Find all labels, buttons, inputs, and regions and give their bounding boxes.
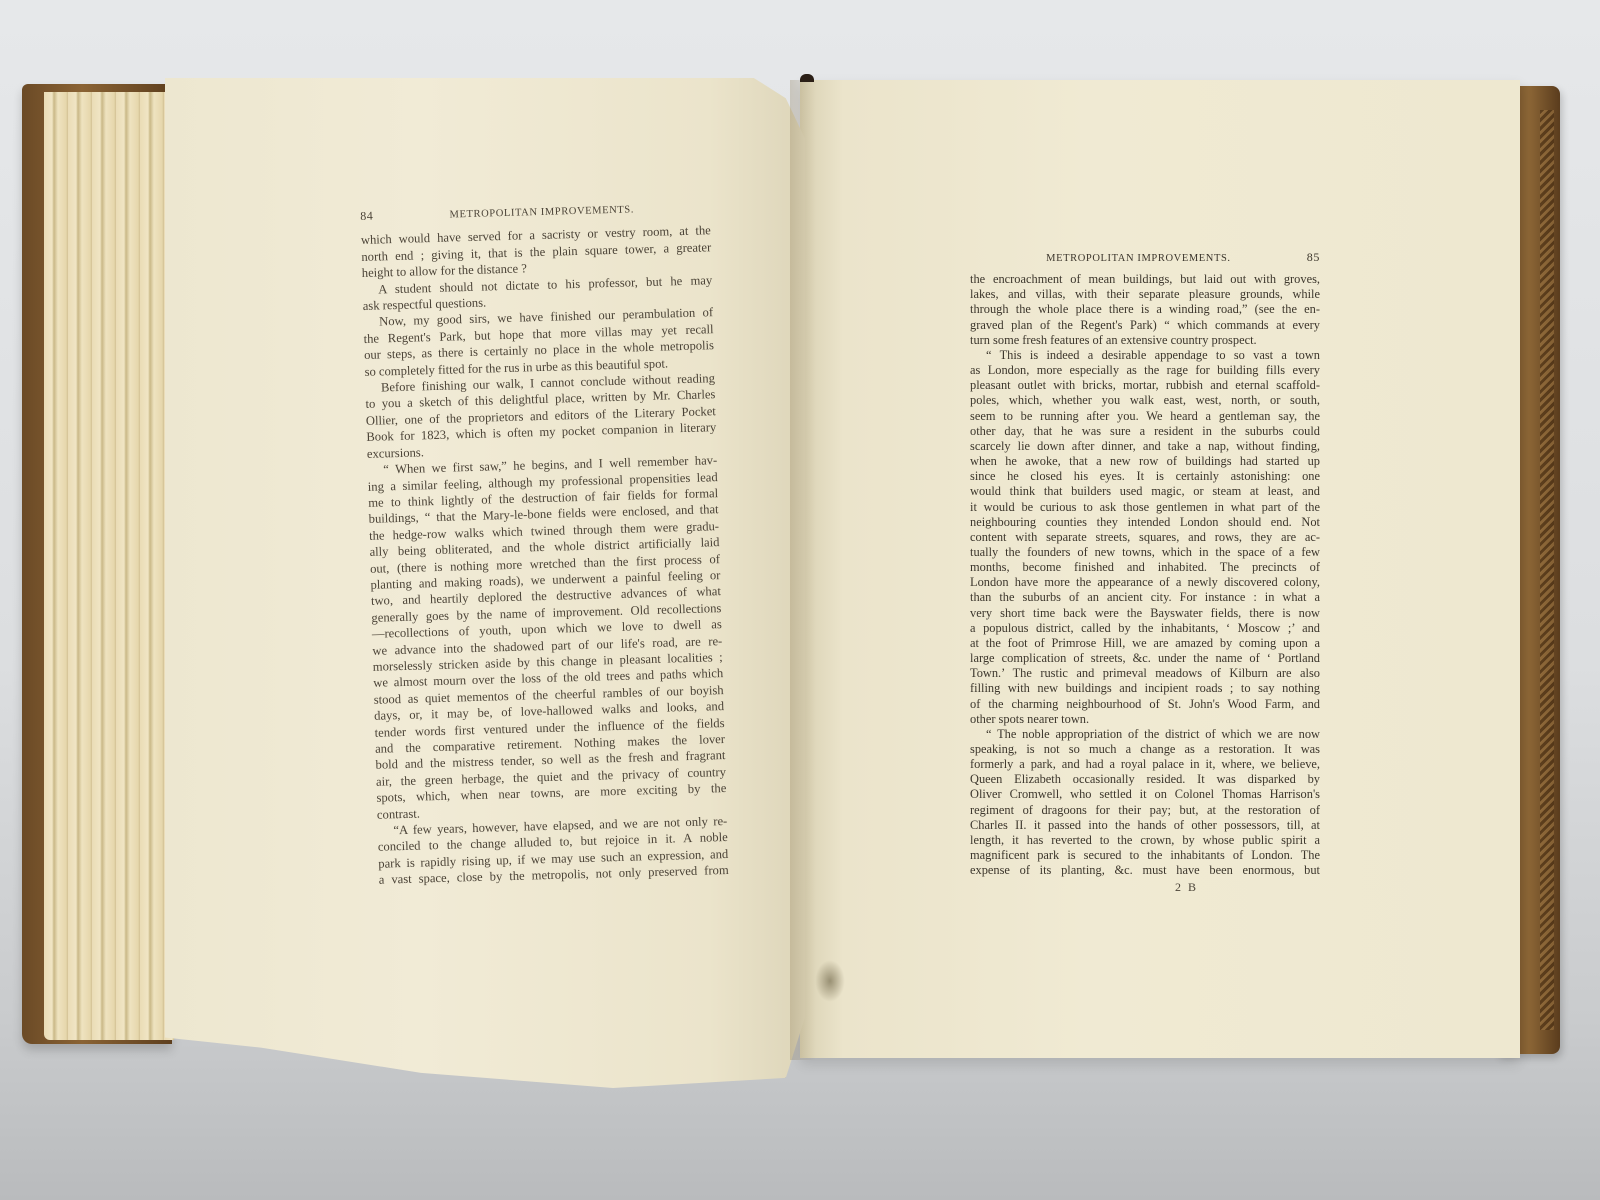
text-line: magnificent park is secured to the inhab… bbox=[970, 848, 1320, 863]
signature-mark: 2 B bbox=[1175, 880, 1198, 895]
text-line: other day, that he was sure a resident i… bbox=[970, 424, 1320, 439]
text-line: Charles II. it passed into the hands of … bbox=[970, 818, 1320, 833]
text-line: through the whole place there is a windi… bbox=[970, 302, 1320, 317]
text-line: would think that builders used magic, or… bbox=[970, 484, 1320, 499]
text-line: “ This is indeed a desirable appendage t… bbox=[970, 348, 1320, 363]
text-line: formerly a park, and had a royal palace … bbox=[970, 757, 1320, 772]
text-line: as London, more especially as the rage f… bbox=[970, 363, 1320, 378]
text-line: London have more the appearance of a new… bbox=[970, 575, 1320, 590]
text-line: the encroachment of mean buildings, but … bbox=[970, 272, 1320, 287]
text-line: since he closed his eyes. It is certainl… bbox=[970, 469, 1320, 484]
text-line: a populous district, called by the inhab… bbox=[970, 621, 1320, 636]
text-line: filling with new buildings and incipient… bbox=[970, 681, 1320, 696]
headband bbox=[800, 74, 814, 82]
text-line: large complication of streets, &c. under… bbox=[970, 651, 1320, 666]
text-line: tually the founders of new towns, which … bbox=[970, 545, 1320, 560]
text-line: lakes, and villas, with their separate p… bbox=[970, 287, 1320, 302]
open-book: 84 METROPOLITAN IMPROVEMENTS. which woul… bbox=[0, 0, 1600, 1200]
text-line: content with separate streets, squares, … bbox=[970, 530, 1320, 545]
text-line: regiment of dragoons for their pay; but,… bbox=[970, 803, 1320, 818]
text-line: seem to be running after you. We heard a… bbox=[970, 409, 1320, 424]
gutter bbox=[790, 80, 816, 1060]
text-line: months, become finished and inhabited. T… bbox=[970, 560, 1320, 575]
foxing-stain bbox=[815, 960, 845, 1002]
page-number: 85 bbox=[1307, 250, 1320, 265]
text-line: when he awoke, that a new row of buildin… bbox=[970, 454, 1320, 469]
cover-tooling bbox=[1540, 110, 1554, 1030]
text-line: scarcely lie down after dinner, and take… bbox=[970, 439, 1320, 454]
text-line: expense of its planting, &c. must have b… bbox=[970, 863, 1320, 878]
page-block-edge bbox=[44, 92, 174, 1040]
text-line: Town.’ The rustic and primeval meadows o… bbox=[970, 666, 1320, 681]
text-line: turn some fresh features of an extensive… bbox=[970, 333, 1320, 348]
text-line: than the suburbs of an ancient city. For… bbox=[970, 590, 1320, 605]
text-line: pleasant outlet with bricks, mortar, rub… bbox=[970, 378, 1320, 393]
text-line: neighbouring counties they intended Lond… bbox=[970, 515, 1320, 530]
text-line: very short time back were the Bayswater … bbox=[970, 606, 1320, 621]
text-line: “ The noble appropriation of the distric… bbox=[970, 727, 1320, 742]
text-line: other spots nearer town. bbox=[970, 712, 1320, 727]
text-line: it would be curious to ask those gentlem… bbox=[970, 500, 1320, 515]
text-line: graved plan of the Regent's Park) “ whic… bbox=[970, 318, 1320, 333]
left-page-text: 84 METROPOLITAN IMPROVEMENTS. which woul… bbox=[360, 198, 729, 888]
text-line: Queen Elizabeth occasionally resided. It… bbox=[970, 772, 1320, 787]
text-line: speaking, is not so much a change as a r… bbox=[970, 742, 1320, 757]
text-line: poles, which, whether you walk east, wes… bbox=[970, 393, 1320, 408]
right-body: the encroachment of mean buildings, but … bbox=[970, 272, 1320, 878]
text-line: of the charming neighbourhood of St. Joh… bbox=[970, 697, 1320, 712]
text-line: Oliver Cromwell, who settled it on Colon… bbox=[970, 787, 1320, 802]
text-line: at the foot of Primrose Hill, we are ama… bbox=[970, 636, 1320, 651]
text-line: length, it has reverted to the crown, by… bbox=[970, 833, 1320, 848]
left-body: which would have served for a sacristy o… bbox=[361, 223, 729, 889]
right-running-head: METROPOLITAN IMPROVEMENTS. 85 bbox=[970, 250, 1320, 266]
running-head-title: METROPOLITAN IMPROVEMENTS. bbox=[970, 251, 1307, 266]
right-page-text: METROPOLITAN IMPROVEMENTS. 85 the encroa… bbox=[970, 250, 1320, 878]
page-number: 84 bbox=[360, 208, 374, 225]
